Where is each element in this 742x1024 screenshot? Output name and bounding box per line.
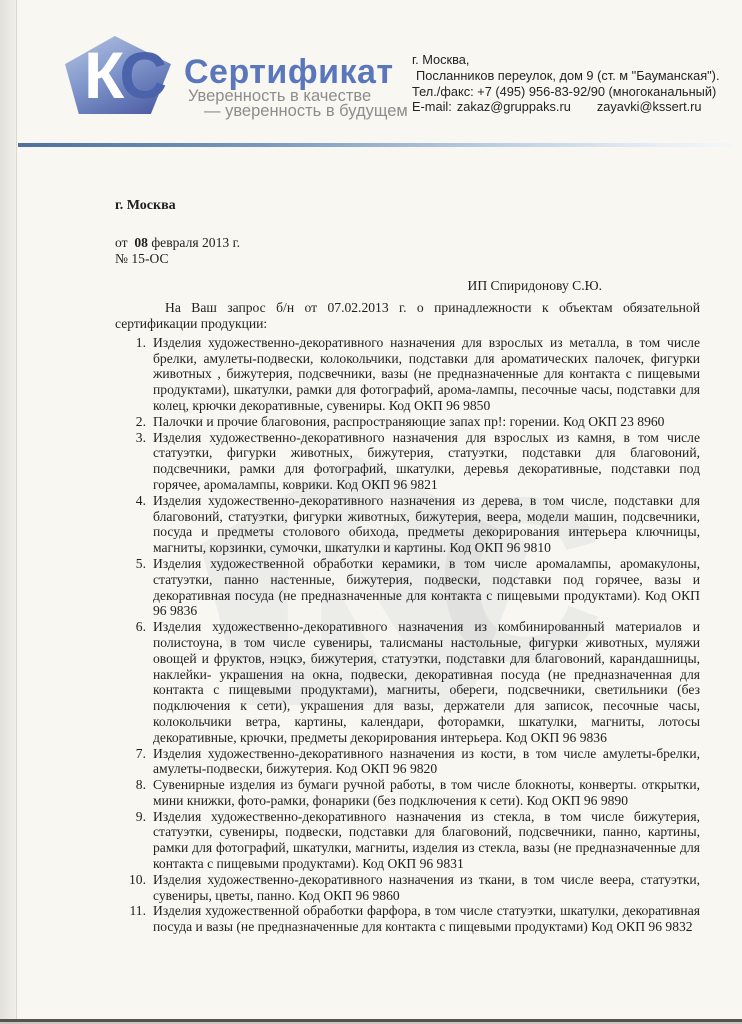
list-item: 8. Сувенирные изделия из бумаги ручной р…	[123, 777, 700, 809]
list-item: 9. Изделия художественно-декоративного н…	[123, 809, 700, 872]
letter-body: г. Москва от 08 февраля 2013 г. № 15-ОС …	[115, 198, 700, 935]
email-primary: zakaz@gruppaks.ru	[457, 99, 571, 115]
list-item-text: Изделия художественно-декоративного назн…	[153, 493, 700, 555]
brand-tagline-line2: — уверенность в будущем	[204, 104, 408, 119]
list-item-number: 2.	[123, 414, 146, 430]
list-item-number: 4.	[123, 493, 146, 509]
list-item-number: 8.	[123, 777, 146, 793]
letter-intro: На Ваш запрос б/н от 07.02.2013 г. о при…	[115, 300, 700, 332]
list-item-text: Сувенирные изделия из бумаги ручной рабо…	[153, 777, 700, 808]
list-item-number: 11.	[123, 903, 146, 919]
list-item-number: 7.	[123, 746, 146, 762]
scan-edge-bottom	[0, 1019, 742, 1022]
list-item: 3. Изделия художественно-декоративного н…	[123, 430, 700, 493]
contact-city: г. Москва,	[412, 52, 720, 68]
contact-email-row: E-mail: zakaz@gruppaks.ru zayavki@kssert…	[412, 99, 720, 115]
list-item-text: Изделия художественной обработки керамик…	[153, 556, 700, 618]
list-item: 11. Изделия художественной обработки фар…	[123, 903, 700, 935]
contact-block: г. Москва, Посланников переулок, дом 9 (…	[412, 52, 720, 115]
list-item: 2. Палочки и прочие благовония, распрост…	[123, 414, 700, 430]
list-item-text: Палочки и прочие благовония, распростран…	[153, 414, 664, 429]
list-item-text: Изделия художественно-декоративного назн…	[153, 746, 700, 777]
list-item: 6. Изделия художественно-декоративного н…	[123, 619, 700, 745]
logo-letter-k: К	[84, 38, 119, 112]
list-item: 1. Изделия художественно-декоративного н…	[123, 335, 700, 414]
list-item: 5. Изделия художественной обработки кера…	[123, 556, 700, 619]
contact-address: Посланников переулок, дом 9 (ст. м "Баум…	[412, 68, 720, 84]
list-item-number: 1.	[123, 335, 146, 351]
list-item-number: 5.	[123, 556, 146, 572]
date-rest: февраля 2013 г.	[151, 235, 240, 250]
list-item-text: Изделия художественно-декоративного назн…	[153, 335, 700, 413]
list-item: 7. Изделия художественно-декоративного н…	[123, 746, 700, 778]
list-item-number: 10.	[123, 872, 146, 888]
logo-letter-c: С	[119, 38, 163, 112]
list-item-number: 9.	[123, 809, 146, 825]
letter-city: г. Москва	[115, 198, 700, 214]
email-label: E-mail:	[412, 99, 452, 115]
list-item-text: Изделия художественно-декоративного назн…	[153, 809, 700, 871]
letter-addressee: ИП Спиридонову С.Ю.	[115, 278, 700, 294]
letter-date: от 08 февраля 2013 г.	[115, 235, 700, 251]
letterhead: КС Сертификат Уверенность в качестве — у…	[0, 0, 742, 150]
date-day: 08	[134, 235, 148, 250]
list-item-number: 6.	[123, 619, 146, 635]
logo-monogram: КС	[84, 40, 163, 110]
letter-ref-number: № 15-ОС	[115, 251, 700, 267]
list-item: 4. Изделия художественно-декоративного н…	[123, 493, 700, 556]
scan-edge-left	[0, 0, 17, 1024]
contact-phone: Тел./факс: +7 (495) 956-83-92/90 (многок…	[412, 84, 720, 100]
date-prefix: от	[115, 235, 128, 250]
list-item-text: Изделия художественно-декоративного назн…	[153, 872, 700, 903]
list-item-text: Изделия художественной обработки фарфора…	[153, 903, 700, 934]
list-item-number: 3.	[123, 430, 146, 446]
scanned-letter-page: К С КС Сертификат Уверенность в качестве…	[0, 0, 742, 1024]
list-item: 10. Изделия художественно-декоративного …	[123, 872, 700, 904]
list-item-text: Изделия художественно-декоративного назн…	[153, 430, 700, 492]
header-divider	[18, 143, 734, 147]
email-secondary: zayavki@kssert.ru	[597, 99, 702, 115]
product-list: 1. Изделия художественно-декоративного н…	[123, 335, 700, 935]
list-item-text: Изделия художественно-декоративного назн…	[153, 619, 700, 745]
